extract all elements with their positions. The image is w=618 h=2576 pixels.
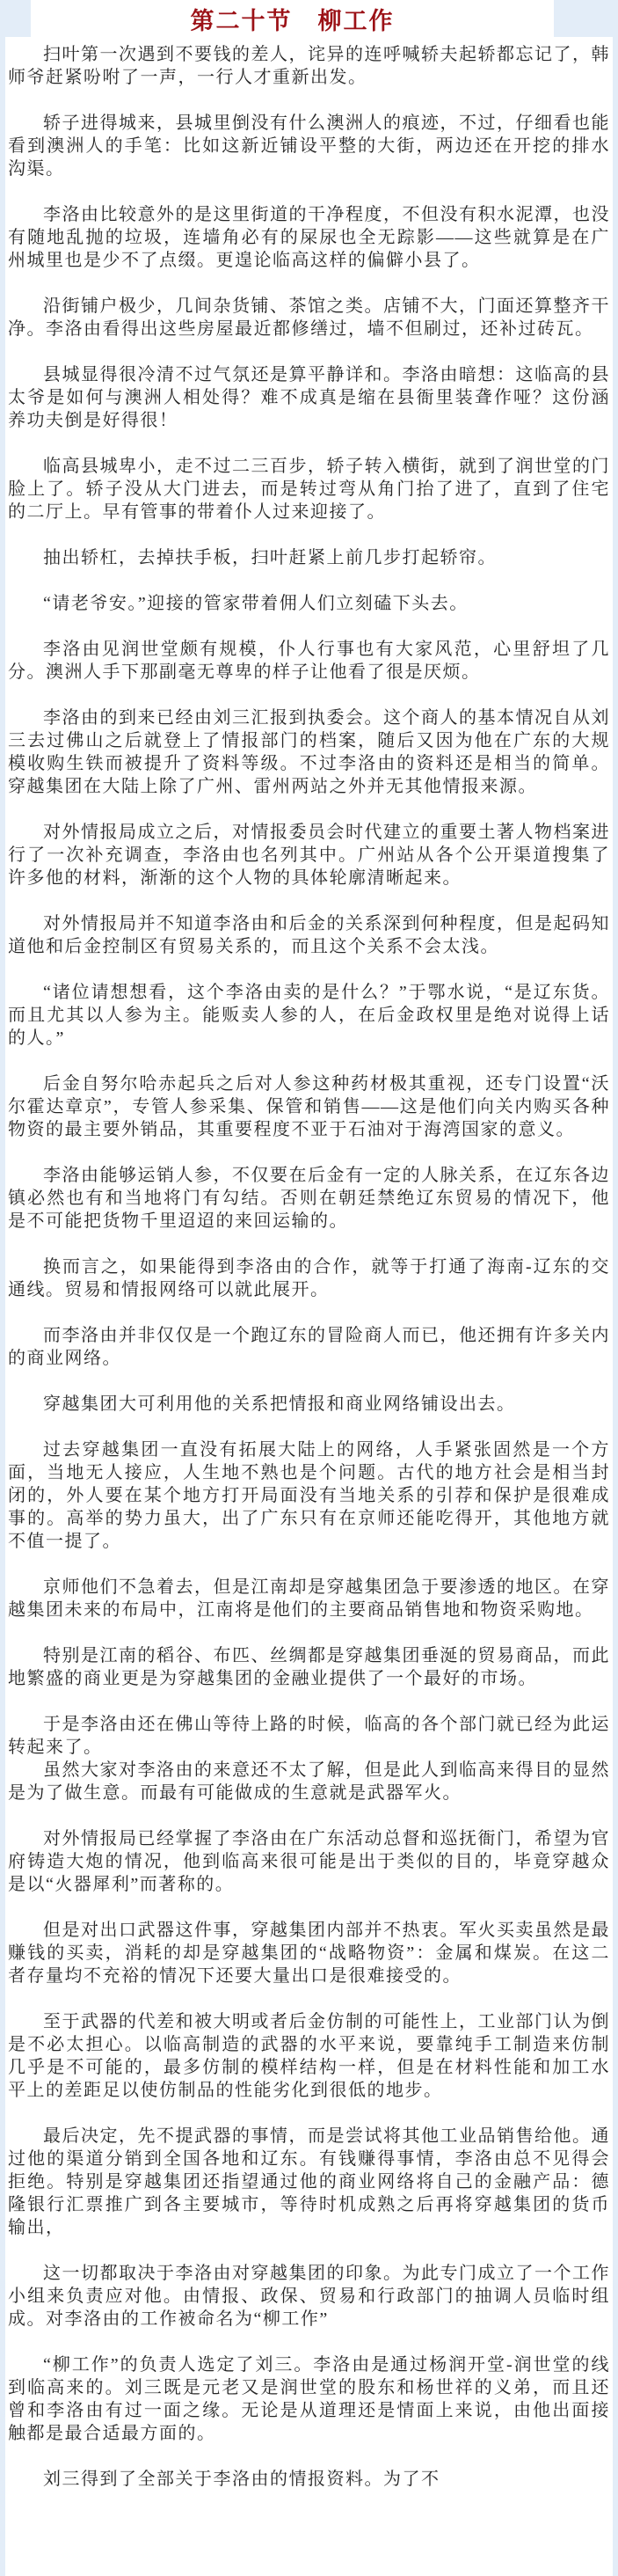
- paragraph: 这一切都取决于李洛由对穿越集团的印象。为此专门成立了一个工作小组来负责应对他。由…: [8, 2262, 610, 2331]
- page-body: 扫叶第一次遇到不要钱的差人，诧异的连呼喊轿夫起轿都忘记了，韩师爷赶紧吩咐了一声，…: [0, 37, 618, 2576]
- paragraph: 李洛由见润世堂颇有规模，仆人行事也有大家风范，心里舒坦了几分。澳洲人手下那副毫无…: [8, 638, 610, 684]
- header-margin-left: [0, 0, 31, 37]
- paragraph: 特别是江南的稻谷、布匹、丝绸都是穿越集团垂涎的贸易商品，而此地繁盛的商业更是为穿…: [8, 1644, 610, 1690]
- paragraph: 而李洛由并非仅仅是一个跑辽东的冒险商人而已，他还拥有许多关内的商业网络。: [8, 1324, 610, 1370]
- paragraph: “诸位请想想看，这个李洛由卖的是什么？”于鄂水说，“是辽东货。而且尤其以人参为主…: [8, 981, 610, 1050]
- paragraph: 对外情报局已经掌握了李洛由在广东活动总督和巡抚衙门，希望为官府铸造大炮的情况，他…: [8, 1827, 610, 1896]
- paragraph: 扫叶第一次遇到不要钱的差人，诧异的连呼喊轿夫起轿都忘记了，韩师爷赶紧吩咐了一声，…: [8, 43, 610, 89]
- paragraph: 至于武器的代差和被大明或者后金仿制的可能性上，工业部门认为倒是不必太担心。以临高…: [8, 2010, 610, 2102]
- paragraph: 后金自努尔哈赤起兵之后对人参这种药材极其重视，还专门设置“沃尔霍达章京”，专管人…: [8, 1072, 610, 1141]
- paragraph: 刘三得到了全部关于李洛由的情报资料。为了不: [8, 2468, 610, 2491]
- paragraph: 最后决定，先不提武器的事情，而是尝试将其他工业品销售给他。通过他的渠道分销到全国…: [8, 2125, 610, 2239]
- document-page: 第二十节 柳工作 扫叶第一次遇到不要钱的差人，诧异的连呼喊轿夫起轿都忘记了，韩师…: [0, 0, 618, 2576]
- paragraph: 李洛由能够运销人参，不仅要在后金有一定的人脉关系，在辽东各边镇必然也有和当地将门…: [8, 1164, 610, 1233]
- paragraph-list: 扫叶第一次遇到不要钱的差人，诧异的连呼喊轿夫起轿都忘记了，韩师爷赶紧吩咐了一声，…: [5, 37, 613, 2576]
- paragraph: 李洛由比较意外的是这里街道的干净程度，不但没有积水泥潭，也没有随地乱抛的垃圾，连…: [8, 203, 610, 272]
- paragraph: “柳工作”的负责人选定了刘三。李洛由是通过杨润开堂-润世堂的线到临高来的。刘三既…: [8, 2353, 610, 2445]
- paragraph: 临高县城卑小，走不过二三百步，轿子转入横街，就到了润世堂的门脸上了。轿子没从大门…: [8, 455, 610, 523]
- paragraph: 京师他们不急着去，但是江南却是穿越集团急于要渗透的地区。在穿越集团未来的布局中，…: [8, 1576, 610, 1621]
- paragraph: 对外情报局并不知道李洛由和后金的关系深到何种程度，但是起码知道他和后金控制区有贸…: [8, 912, 610, 958]
- page-margin-right: [613, 37, 618, 2576]
- paragraph: 于是李洛由还在佛山等待上路的时候，临高的各个部门就已经为此运转起来了。: [8, 1713, 610, 1759]
- paragraph: “请老爷安。”迎接的管家带着佣人们立刻磕下头去。: [8, 592, 610, 615]
- paragraph: 换而言之，如果能得到李洛由的合作，就等于打通了海南-辽东的交通线。贸易和情报网络…: [8, 1255, 610, 1301]
- paragraph: 李洛由的到来已经由刘三汇报到执委会。这个商人的基本情况自从刘三去过佛山之后就登上…: [8, 706, 610, 798]
- paragraph: 轿子进得城来，县城里倒没有什么澳洲人的痕迹，不过，仔细看也能看到澳洲人的手笔：比…: [8, 112, 610, 180]
- page-header: 第二十节 柳工作: [0, 0, 618, 37]
- paragraph: 但是对出口武器这件事，穿越集团内部并不热衷。军火买卖虽然是最赚钱的买卖，消耗的却…: [8, 1919, 610, 1987]
- paragraph: 对外情报局成立之后，对情报委员会时代建立的重要土著人物档案进行了一次补充调查，李…: [8, 821, 610, 889]
- title-band: 第二十节 柳工作: [31, 0, 554, 37]
- header-margin-right: [554, 0, 618, 37]
- paragraph: 抽出轿杠，去掉扶手板，扫叶赶紧上前几步打起轿帘。: [8, 546, 610, 569]
- section-title: 第二十节 柳工作: [191, 2, 395, 36]
- paragraph: 过去穿越集团一直没有拓展大陆上的网络，人手紧张固然是一个方面，当地无人接应，人生…: [8, 1438, 610, 1553]
- paragraph: 沿街铺户极少，几间杂货铺、茶馆之类。店铺不大，门面还算整齐干净。李洛由看得出这些…: [8, 295, 610, 340]
- paragraph: 县城显得很冷清不过气氛还是算平静详和。李洛由暗想：这临高的县太爷是如何与澳洲人相…: [8, 363, 610, 432]
- paragraph: 穿越集团大可利用他的关系把情报和商业网络铺设出去。: [8, 1393, 610, 1416]
- paragraph: 虽然大家对李洛由的来意还不太了解，但是此人到临高来得目的显然是为了做生意。而最有…: [8, 1759, 610, 1804]
